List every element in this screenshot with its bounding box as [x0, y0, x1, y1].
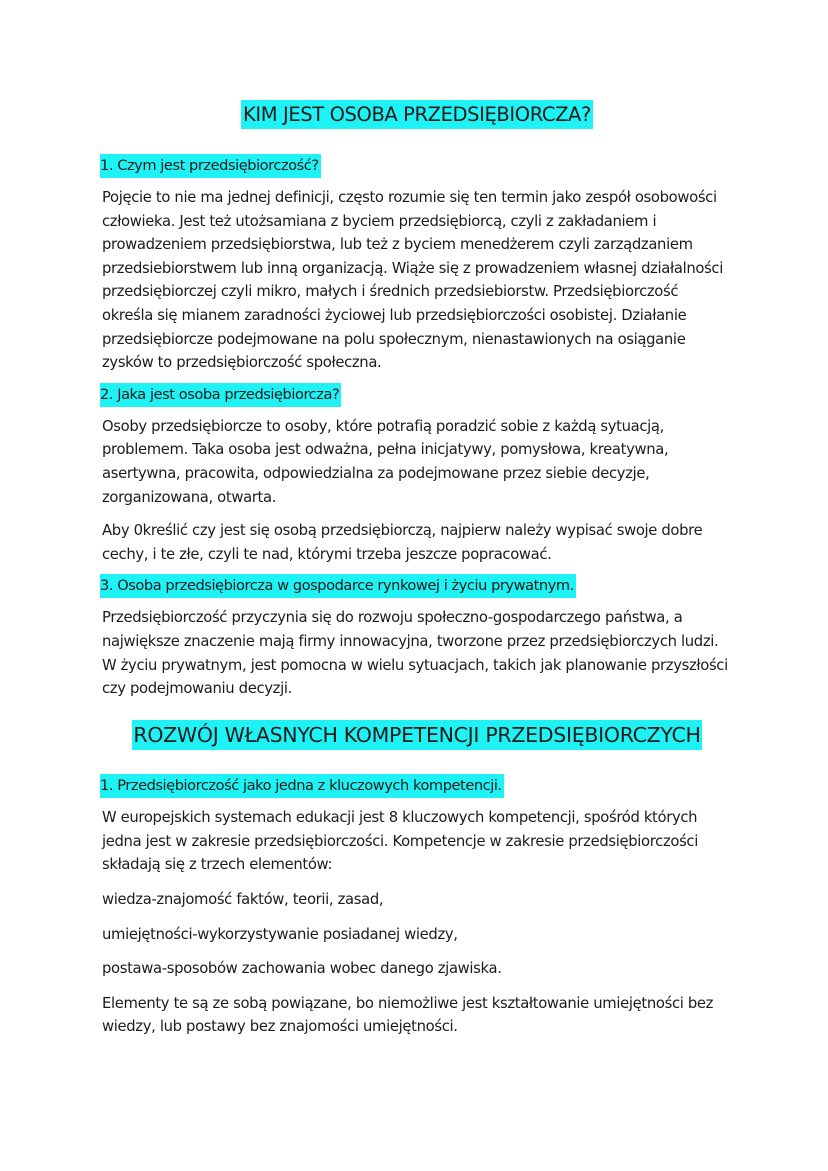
paragraph-competences-intro: W europejskich systemach edukacji jest 8… [102, 806, 732, 877]
section-2-title-wrap: ROZWÓJ WŁASNYCH KOMPETENCJI PRZEDSIĘBIOR… [102, 707, 732, 764]
subheading-kluczowe-kompetencje: 1. Przedsiębiorczość jako jedna z kluczo… [100, 774, 504, 798]
paragraph-traits: Osoby przedsiębiorcze to osoby, które po… [102, 415, 732, 509]
list-item-umiejetnosci: umiejętności-wykorzystywanie posiadanej … [102, 923, 732, 947]
paragraph-economy: Przedsiębiorczość przyczynia się do rozw… [102, 606, 732, 700]
document-page: KIM JEST OSOBA PRZEDSIĘBIORCZA? 1. Czym … [102, 100, 732, 1039]
list-item-wiedza: wiedza-znajomość faktów, teorii, zasad, [102, 888, 732, 912]
list-item-postawa: postawa-sposobów zachowania wobec danego… [102, 957, 732, 981]
paragraph-self-assessment: Aby 0kreślić czy jest się osobą przedsię… [102, 519, 732, 566]
paragraph-definition: Pojęcie to nie ma jednej definicji, częs… [102, 186, 732, 375]
subheading-gospodarka-rynkowa: 3. Osoba przedsiębiorcza w gospodarce ry… [100, 574, 576, 598]
subheading-jaka-jest-osoba: 2. Jaka jest osoba przedsiębiorcza? [100, 383, 341, 407]
section-1-title-wrap: KIM JEST OSOBA PRZEDSIĘBIORCZA? [102, 100, 732, 142]
section-title-kim-jest-osoba-przedsiebiorcza: KIM JEST OSOBA PRZEDSIĘBIORCZA? [241, 100, 593, 129]
paragraph-conclusion: Elementy te są ze sobą powiązane, bo nie… [102, 992, 732, 1039]
subheading-czym-jest-przedsiebiorczosc: 1. Czym jest przedsiębiorczość? [100, 154, 321, 178]
section-title-rozwoj-kompetencji: ROZWÓJ WŁASNYCH KOMPETENCJI PRZEDSIĘBIOR… [132, 720, 701, 750]
